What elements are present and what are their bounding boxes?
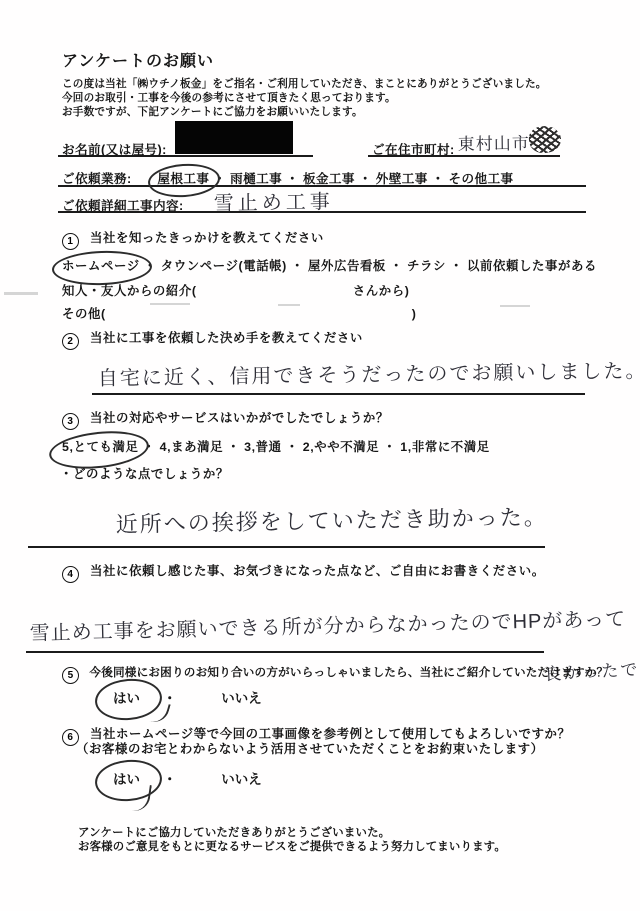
name-label: お名前(又は屋号): <box>62 139 167 158</box>
q6-circle-tail-stroke <box>132 783 152 813</box>
name-redaction-box <box>175 121 293 154</box>
q5-number-icon: 5 <box>62 667 79 684</box>
q1-option-homepage-circled: ホームページ <box>62 256 140 274</box>
business-options-rest: ・ 雨樋工事 ・ 板金工事 ・ 外壁工事 ・ その他工事 <box>213 172 513 186</box>
city-value-handwritten: 東村山市 <box>458 129 530 155</box>
q6-option-no: いいえ <box>221 772 262 787</box>
q3-header: 3 当社の対応やサービスはいかがでしたでしょうか？ <box>62 408 389 430</box>
business-row: ご依頼業務: 屋根工事 ・ 雨樋工事 ・ 板金工事 ・ 外壁工事 ・ その他工事 <box>62 168 513 187</box>
intro-line-1: この度は当社「㈱ウチノ板金」をご指名・ご利用していただき、まことにありがとうござ… <box>62 76 547 91</box>
scan-artifact <box>278 304 300 306</box>
q3-number-icon: 3 <box>62 413 79 430</box>
scan-artifact <box>500 305 530 307</box>
q2-number-icon: 2 <box>62 333 79 350</box>
q2-header: 2 当社に工事を依頼した決め手を教えてください <box>62 328 363 350</box>
q4-number-icon: 4 <box>62 566 79 583</box>
q5-option-yes-circled: はい <box>113 687 140 707</box>
intro-line-3: お手数ですが、下記アンケートにご協力をお願いいたします。 <box>62 104 363 119</box>
q1-other-open: その他( <box>62 307 106 321</box>
footer-line-2: お客様のご意見をもとに更なるサービスをご提供できるよう努力してまいります。 <box>78 838 506 854</box>
survey-scan-page: アンケートのお願い この度は当社「㈱ウチノ板金」をご指名・ご利用していただき、ま… <box>0 0 640 911</box>
q6-text-line2: （お客様のお宅とわからないよう活用させていただくことをお約束いたします） <box>76 739 544 757</box>
q1-options-row: ホームページ ・ タウンページ(電話帳) ・ 屋外広告看板 ・ チラシ ・ 以前… <box>62 256 597 274</box>
q1-referral-open: 知人・友人からの紹介( <box>62 284 197 298</box>
business-option-roofing-circled: 屋根工事 <box>157 168 209 187</box>
scan-artifact <box>150 303 190 305</box>
q3-option-very-satisfied-circled: 5,とても満足 <box>62 437 139 455</box>
q5-answer-row: はい ・ いいえ <box>113 687 262 707</box>
q3-options-row: 5,とても満足 ・ 4,まあ満足 ・ 3,普通 ・ 2,やや不満足 ・ 1,非常… <box>62 437 490 455</box>
q1-number-icon: 1 <box>62 233 79 250</box>
q3-text: 当社の対応やサービスはいかがでしたでしょうか？ <box>90 411 389 425</box>
work-detail-handwritten: 雪止め工事 <box>214 185 334 216</box>
q4-text: 当社に依頼し感じた事、お気づきになった点など、ご自由にお書きください。 <box>90 564 545 578</box>
q4-header: 4 当社に依頼し感じた事、お気づきになった点など、ご自由にお書きください。 <box>62 561 545 583</box>
page-title: アンケートのお願い <box>62 48 214 71</box>
detail-label: ご依頼詳細工事内容: <box>62 195 184 214</box>
q1-header: 1 当社を知ったきっかけを教えてください <box>62 228 324 250</box>
q1-other-close: ) <box>412 307 417 321</box>
q2-text: 当社に工事を依頼した決め手を教えてください <box>90 331 363 345</box>
q3-sub-question: ・どのような点でしょうか？ <box>60 464 229 482</box>
q5-text: 今後同様にお困りのお知り合いの方がいらっしゃいましたら、当社にご紹介していただけ… <box>89 666 608 679</box>
q1-other-row: その他( ) <box>62 304 417 322</box>
business-label: ご依頼業務: <box>62 172 132 186</box>
dot: ・ <box>163 772 177 787</box>
q1-referral-row: 知人・友人からの紹介( さんから) <box>62 281 409 299</box>
q5-header: 5 今後同様にお困りのお知り合いの方がいらっしゃいましたら、当社にご紹介していた… <box>62 664 608 684</box>
q1-text: 当社を知ったきっかけを教えてください <box>90 231 324 245</box>
city-label: ご在住市町村: <box>372 139 455 158</box>
q3-options-rest: ・ 4,まあ満足 ・ 3,普通 ・ 2,やや不満足 ・ 1,非常に不満足 <box>143 440 490 454</box>
q1-options-rest: ・ タウンページ(電話帳) ・ 屋外広告看板 ・ チラシ ・ 以前依頼した事があ… <box>144 259 597 273</box>
scan-artifact <box>4 292 38 295</box>
q5-option-no: いいえ <box>221 691 262 706</box>
q1-referral-close: さんから) <box>353 284 410 298</box>
intro-line-2: 今回のお取引・工事を今後の参考にさせて頂きたく思っております。 <box>62 90 396 105</box>
